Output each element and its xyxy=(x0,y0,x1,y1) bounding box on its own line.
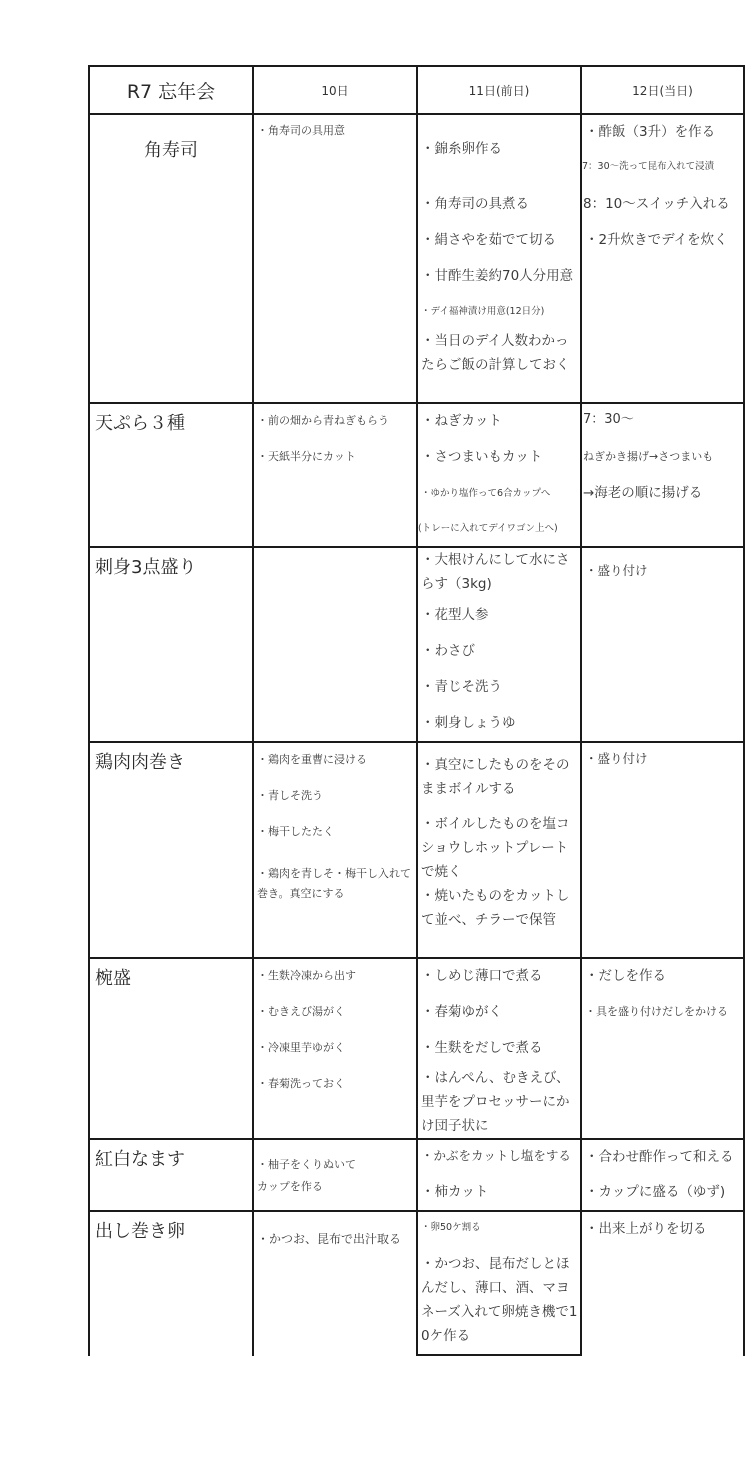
task-item: ・盛り付け xyxy=(585,561,741,581)
task-item: ・ゆかり塩作って6合カップへ xyxy=(421,485,578,503)
task-item: ・かぶをカットし塩をする xyxy=(421,1146,578,1166)
task-item: ・わさび xyxy=(421,639,578,663)
task-item: ・2升炊きでデイを炊く xyxy=(585,228,741,252)
task-item: 7：30～ xyxy=(583,410,741,430)
task-item: ・冷凍里芋ゆがく xyxy=(257,1038,414,1058)
task-item: ・かつお、昆布で出汁取る xyxy=(257,1229,414,1249)
day12-tasks: ・盛り付け xyxy=(582,743,743,957)
task-item: ・角寿司の具煮る xyxy=(421,192,578,216)
task-item: ・真空にしたものをそのままボイルする xyxy=(421,753,578,801)
day12-tasks: ・合わせ酢作って和える ・カップに盛る（ゆず) xyxy=(582,1140,743,1210)
table-title: R7 忘年会 xyxy=(90,67,252,113)
task-item: →海老の順に揚げる xyxy=(583,481,741,505)
task-item: ・大根けんにして水にさらす（3kg) xyxy=(421,548,578,596)
task-item: ・梅干したたく xyxy=(257,822,414,842)
day10-tasks: ・鶏肉を重曹に浸ける ・青しそ洗う ・梅干したたく ・鶏肉を青しそ・梅干し入れて… xyxy=(254,743,416,957)
day10-tasks: ・柚子をくりぬいて カップを作る xyxy=(254,1140,416,1210)
task-item: ・生麩冷凍から出す xyxy=(257,966,414,986)
task-item: ・カップに盛る（ゆず) xyxy=(585,1180,741,1204)
task-item: ・具を盛り付けだしをかける xyxy=(585,1002,741,1022)
task-item: ねぎかき揚げ→さつまいも xyxy=(583,447,741,467)
task-item: ・絹さやを茹でて切る xyxy=(421,228,578,252)
day12-tasks: ・盛り付け xyxy=(582,548,743,741)
task-item: ・かつお、昆布だしとほんだし、薄口、酒、マヨネーズ入れて卵焼き機で10ケ作る xyxy=(421,1252,578,1348)
task-item: ・錦糸卵作る xyxy=(421,137,578,161)
day10-tasks: ・生麩冷凍から出す ・むきえび湯がく ・冷凍里芋ゆがく ・春菊洗っておく xyxy=(254,959,416,1138)
day11-tasks: ・真空にしたものをそのままボイルする ・ボイルしたものを塩コショウしホットプレー… xyxy=(418,743,580,957)
day11-tasks: ・ねぎカット ・さつまいもカット ・ゆかり塩作って6合カップへ (トレーに入れて… xyxy=(418,404,580,546)
dish-name: 椀盛 xyxy=(90,959,252,1138)
task-item: ・当日のデイ人数わかったらご飯の計算しておく xyxy=(421,329,578,377)
task-item: ・花型人参 xyxy=(421,603,578,627)
column-header-day12: 12日(当日) xyxy=(582,67,743,113)
task-item: 8：10～スイッチ入れる xyxy=(583,192,741,216)
dish-name: 天ぷら３種 xyxy=(90,404,252,546)
task-item: ・角寿司の具用意 xyxy=(257,121,414,141)
task-item: ・鶏肉を重曹に浸ける xyxy=(257,750,414,770)
task-item: 7：30～洗って昆布入れて浸漬 xyxy=(582,158,741,176)
task-item: ・前の畑から青ねぎもらう xyxy=(257,411,414,431)
dish-name: 紅白なます xyxy=(90,1140,252,1210)
task-item: ・柿カット xyxy=(421,1180,578,1204)
task-item: ・ねぎカット xyxy=(421,409,578,433)
task-item: ・盛り付け xyxy=(585,749,741,769)
task-item: ・さつまいもカット xyxy=(421,445,578,469)
day10-tasks xyxy=(254,548,416,741)
day11-tasks: ・大根けんにして水にさらす（3kg) ・花型人参 ・わさび ・青じそ洗う ・刺身… xyxy=(418,548,580,741)
day12-tasks: ・だしを作る ・具を盛り付けだしをかける xyxy=(582,959,743,1138)
task-item: ・鶏肉を青しそ・梅干し入れて巻き。真空にする xyxy=(257,864,414,904)
task-item: ・甘酢生姜約70人分用意 xyxy=(421,264,578,288)
task-item: ・刺身しょうゆ xyxy=(421,711,578,735)
task-item: ・むきえび湯がく xyxy=(257,1002,414,1022)
task-item: ・しめじ薄口で煮る xyxy=(421,964,578,988)
prep-schedule-sheet: R7 忘年会 10日 11日(前日) 12日(当日) 角寿司 ・角寿司の具用意 … xyxy=(0,0,745,1470)
column-header-day10: 10日 xyxy=(254,67,416,113)
day11-tasks: ・卵50ケ割る ・かつお、昆布だしとほんだし、薄口、酒、マヨネーズ入れて卵焼き機… xyxy=(418,1212,580,1354)
dish-name: 角寿司 xyxy=(90,115,252,402)
day11-tasks: ・しめじ薄口で煮る ・春菊ゆがく ・生麩をだしで煮る ・はんぺん、むきえび、里芋… xyxy=(418,959,580,1138)
day12-tasks: ・出来上がりを切る xyxy=(582,1212,743,1356)
task-item: ・柚子をくりぬいて カップを作る xyxy=(257,1154,414,1198)
task-item: ・卵50ケ割る xyxy=(421,1219,578,1237)
task-item: ・だしを作る xyxy=(585,964,741,988)
day10-tasks: ・かつお、昆布で出汁取る xyxy=(254,1212,416,1356)
task-item: ・生麩をだしで煮る xyxy=(421,1036,578,1060)
task-item: ・ボイルしたものを塩コショウしホットプレートで焼く xyxy=(421,812,578,884)
task-item: ・合わせ酢作って和える xyxy=(585,1145,741,1169)
day11-tasks: ・錦糸卵作る ・角寿司の具煮る ・絹さやを茹でて切る ・甘酢生姜約70人分用意 … xyxy=(418,115,580,402)
dish-name: 出し巻き卵 xyxy=(90,1212,252,1356)
dish-name: 鶏肉肉巻き xyxy=(90,743,252,957)
task-item: ・焼いたものをカットして並べ、チラーで保管 xyxy=(421,884,578,932)
task-item: ・青しそ洗う xyxy=(257,786,414,806)
day10-tasks: ・角寿司の具用意 xyxy=(254,115,416,402)
task-item: ・はんぺん、むきえび、里芋をプロセッサーにかけ団子状に xyxy=(421,1066,578,1138)
day12-tasks: ・酢飯（3升）を作る 7：30～洗って昆布入れて浸漬 8：10～スイッチ入れる … xyxy=(582,115,743,402)
task-item: ・青じそ洗う xyxy=(421,675,578,699)
grid-line xyxy=(416,1354,582,1356)
dish-name: 刺身3点盛り xyxy=(90,548,252,741)
task-item: ・春菊洗っておく xyxy=(257,1074,414,1094)
task-item: ・天紙半分にカット xyxy=(257,447,414,467)
task-item: ・デイ福神漬け用意(12日分) xyxy=(421,303,578,321)
task-item: ・春菊ゆがく xyxy=(421,1000,578,1024)
day12-tasks: 7：30～ ねぎかき揚げ→さつまいも →海老の順に揚げる xyxy=(582,404,743,546)
day10-tasks: ・前の畑から青ねぎもらう ・天紙半分にカット xyxy=(254,404,416,546)
task-item: ・酢飯（3升）を作る xyxy=(585,120,741,144)
task-item: ・出来上がりを切る xyxy=(585,1217,741,1241)
column-header-day11: 11日(前日) xyxy=(418,67,580,113)
day11-tasks: ・かぶをカットし塩をする ・柿カット xyxy=(418,1140,580,1210)
task-item: (トレーに入れてデイワゴン上へ) xyxy=(418,520,578,538)
